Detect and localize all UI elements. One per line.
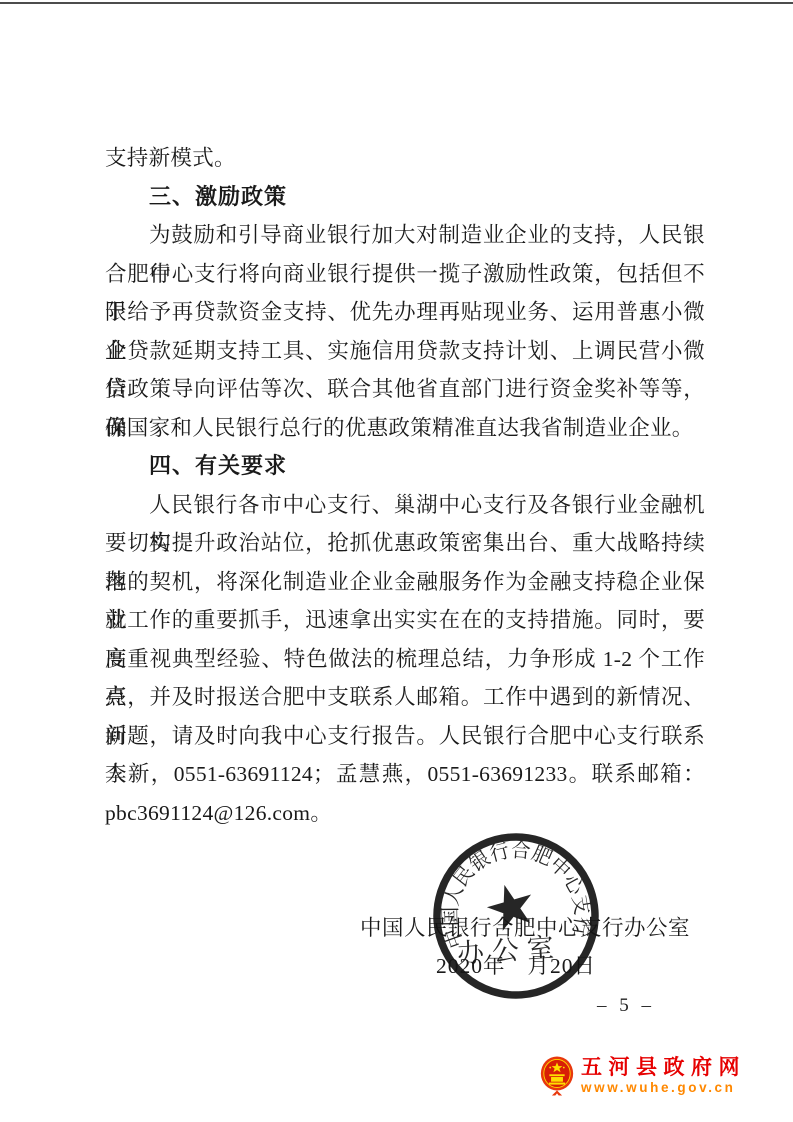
text-line: 为鼓励和引导商业银行加大对制造业企业的支持，人民银行 (105, 216, 705, 255)
signing-office: 中国人民银行合肥中心支行办公室 (360, 909, 690, 948)
signing-date: 2020年月20日 (436, 947, 596, 986)
text-line: 点，并及时报送合肥中支联系人邮箱。工作中遇到的新情况、新 (105, 678, 705, 717)
text-line: 业工作的重要抓手，迅速拿出实实在在的支持措施。同时，要高 (105, 601, 705, 640)
text-line: 贷政策导向评估等次、联合其他省直部门进行资金奖补等等，确 (105, 370, 705, 409)
document-body: 支持新模式。三、激励政策为鼓励和引导商业银行加大对制造业企业的支持，人民银行合肥… (105, 139, 705, 832)
date-day: 月20日 (528, 954, 597, 978)
text-line: 三、激励政策 (105, 178, 705, 217)
text-line: 人民银行各市中心支行、巢湖中心支行及各银行业金融机构 (105, 486, 705, 525)
text-line: 李新，0551-63691124；孟慧燕，0551-63691233。联系邮箱： (105, 755, 705, 794)
scan-artifact-top-line (0, 2, 793, 4)
text-line: 业贷款延期支持工具、实施信用贷款支持计划、上调民营小微信 (105, 332, 705, 371)
text-line: 于给予再贷款资金支持、优先办理再贴现业务、运用普惠小微企 (105, 293, 705, 332)
text-line: 支持新模式。 (105, 139, 705, 178)
text-line: 要切实提升政治站位，抢抓优惠政策密集出台、重大战略持续落 (105, 524, 705, 563)
text-line: 保国家和人民银行总行的优惠政策精准直达我省制造业企业。 (105, 409, 705, 448)
site-url: www.wuhe.gov.cn (581, 1080, 746, 1096)
text-line: 地的契机，将深化制造业企业金融服务作为金融支持稳企业保就 (105, 563, 705, 602)
site-name: 五河县政府网 (581, 1056, 746, 1080)
text-line: 合肥中心支行将向商业银行提供一揽子激励性政策，包括但不限 (105, 255, 705, 294)
text-line: 四、有关要求 (105, 447, 705, 486)
site-watermark: 五河县政府网 www.wuhe.gov.cn (540, 1055, 746, 1097)
text-line: 度重视典型经验、特色做法的梳理总结，力争形成 1-2 个工作亮 (105, 640, 705, 679)
text-line: 问题，请及时向我中心支行报告。人民银行合肥中心支行联系人： (105, 717, 705, 756)
national-emblem-icon (540, 1055, 574, 1097)
date-year: 2020年 (436, 954, 506, 978)
site-watermark-texts: 五河县政府网 www.wuhe.gov.cn (581, 1056, 746, 1096)
page-number: – 5 – (576, 993, 676, 1019)
document-page: 支持新模式。三、激励政策为鼓励和引导商业银行加大对制造业企业的支持，人民银行合肥… (0, 0, 793, 1122)
text-line: pbc3691124@126.com。 (105, 794, 705, 833)
